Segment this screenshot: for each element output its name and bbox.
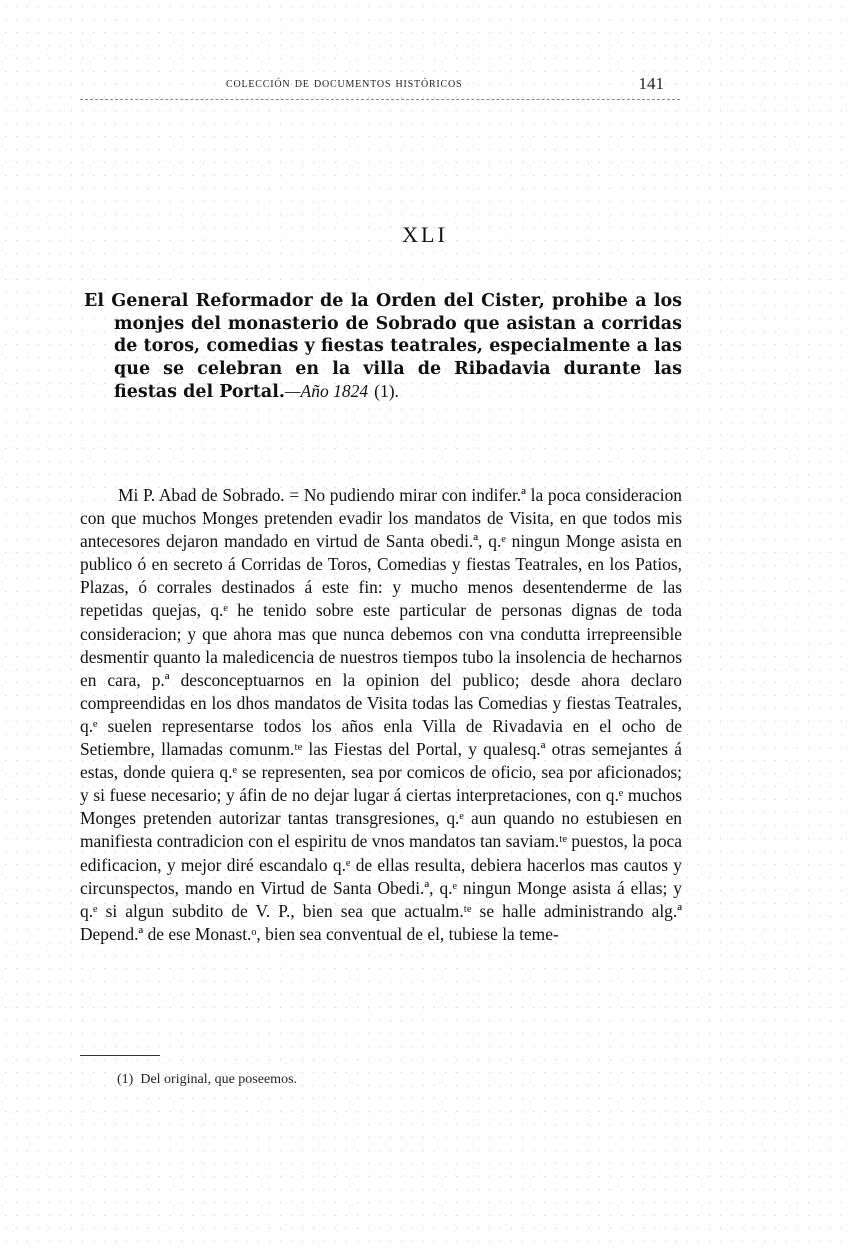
- document-date: —Año 1824: [285, 381, 368, 401]
- footnote-reference: (1).: [374, 381, 399, 401]
- body-text: Mi P. Abad de Sobrado. = No pudiendo mir…: [80, 484, 682, 946]
- page-number: 141: [639, 74, 665, 94]
- footnote-text: Del original, que poseemos.: [140, 1072, 297, 1087]
- footnote-label: (1): [117, 1072, 133, 1087]
- body-paragraph: Mi P. Abad de Sobrado. = No pudiendo mir…: [80, 484, 682, 946]
- footnote: (1) Del original, que poseemos.: [117, 1072, 297, 1088]
- running-header: Colección de documentos históricos 141: [220, 74, 670, 98]
- footnote-rule: [80, 1055, 160, 1056]
- document-number: XLI: [0, 222, 850, 248]
- header-rule: [80, 99, 680, 100]
- running-title: Colección de documentos históricos: [226, 76, 462, 92]
- document-title: El General Reformador de la Orden del Ci…: [84, 290, 682, 404]
